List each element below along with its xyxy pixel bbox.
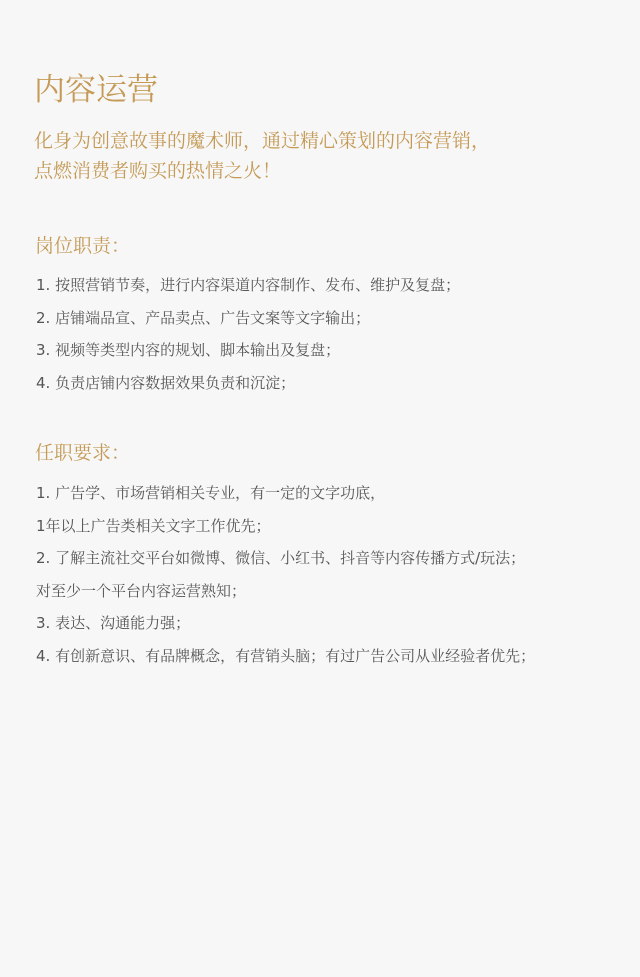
list-item: 2. 了解主流社交平台如微博、微信、小红书、抖音等内容传播方式/玩法； <box>36 542 535 575</box>
list-item: 1. 广告学、市场营销相关专业，有一定的文字功底， <box>36 477 535 510</box>
tagline: 化身为创意故事的魔术师，通过精心策划的内容营销， 点燃消费者购买的热情之火！ <box>34 126 490 186</box>
responsibilities-heading: 岗位职责： <box>35 233 130 259</box>
requirements-heading: 任职要求： <box>35 440 130 466</box>
tagline-line: 点燃消费者购买的热情之火！ <box>34 156 490 186</box>
requirements-list: 1. 广告学、市场营销相关专业，有一定的文字功底， 1年以上广告类相关文字工作优… <box>36 477 535 672</box>
list-item: 4. 负责店铺内容数据效果负责和沉淀； <box>36 367 460 400</box>
page-title: 内容运营 <box>34 70 158 110</box>
list-item: 3. 表达、沟通能力强； <box>36 607 535 640</box>
responsibilities-list: 1. 按照营销节奏，进行内容渠道内容制作、发布、维护及复盘； 2. 店铺端品宣、… <box>36 269 460 399</box>
list-item: 3. 视频等类型内容的规划、脚本输出及复盘； <box>36 334 460 367</box>
list-item: 1年以上广告类相关文字工作优先； <box>36 510 535 543</box>
list-item: 2. 店铺端品宣、产品卖点、广告文案等文字输出； <box>36 302 460 335</box>
list-item: 对至少一个平台内容运营熟知； <box>36 575 535 608</box>
list-item: 4. 有创新意识、有品牌概念，有营销头脑；有过广告公司从业经验者优先； <box>36 640 535 673</box>
job-description-page: 内容运营 化身为创意故事的魔术师，通过精心策划的内容营销， 点燃消费者购买的热情… <box>0 0 640 977</box>
tagline-line: 化身为创意故事的魔术师，通过精心策划的内容营销， <box>34 126 490 156</box>
list-item: 1. 按照营销节奏，进行内容渠道内容制作、发布、维护及复盘； <box>36 269 460 302</box>
